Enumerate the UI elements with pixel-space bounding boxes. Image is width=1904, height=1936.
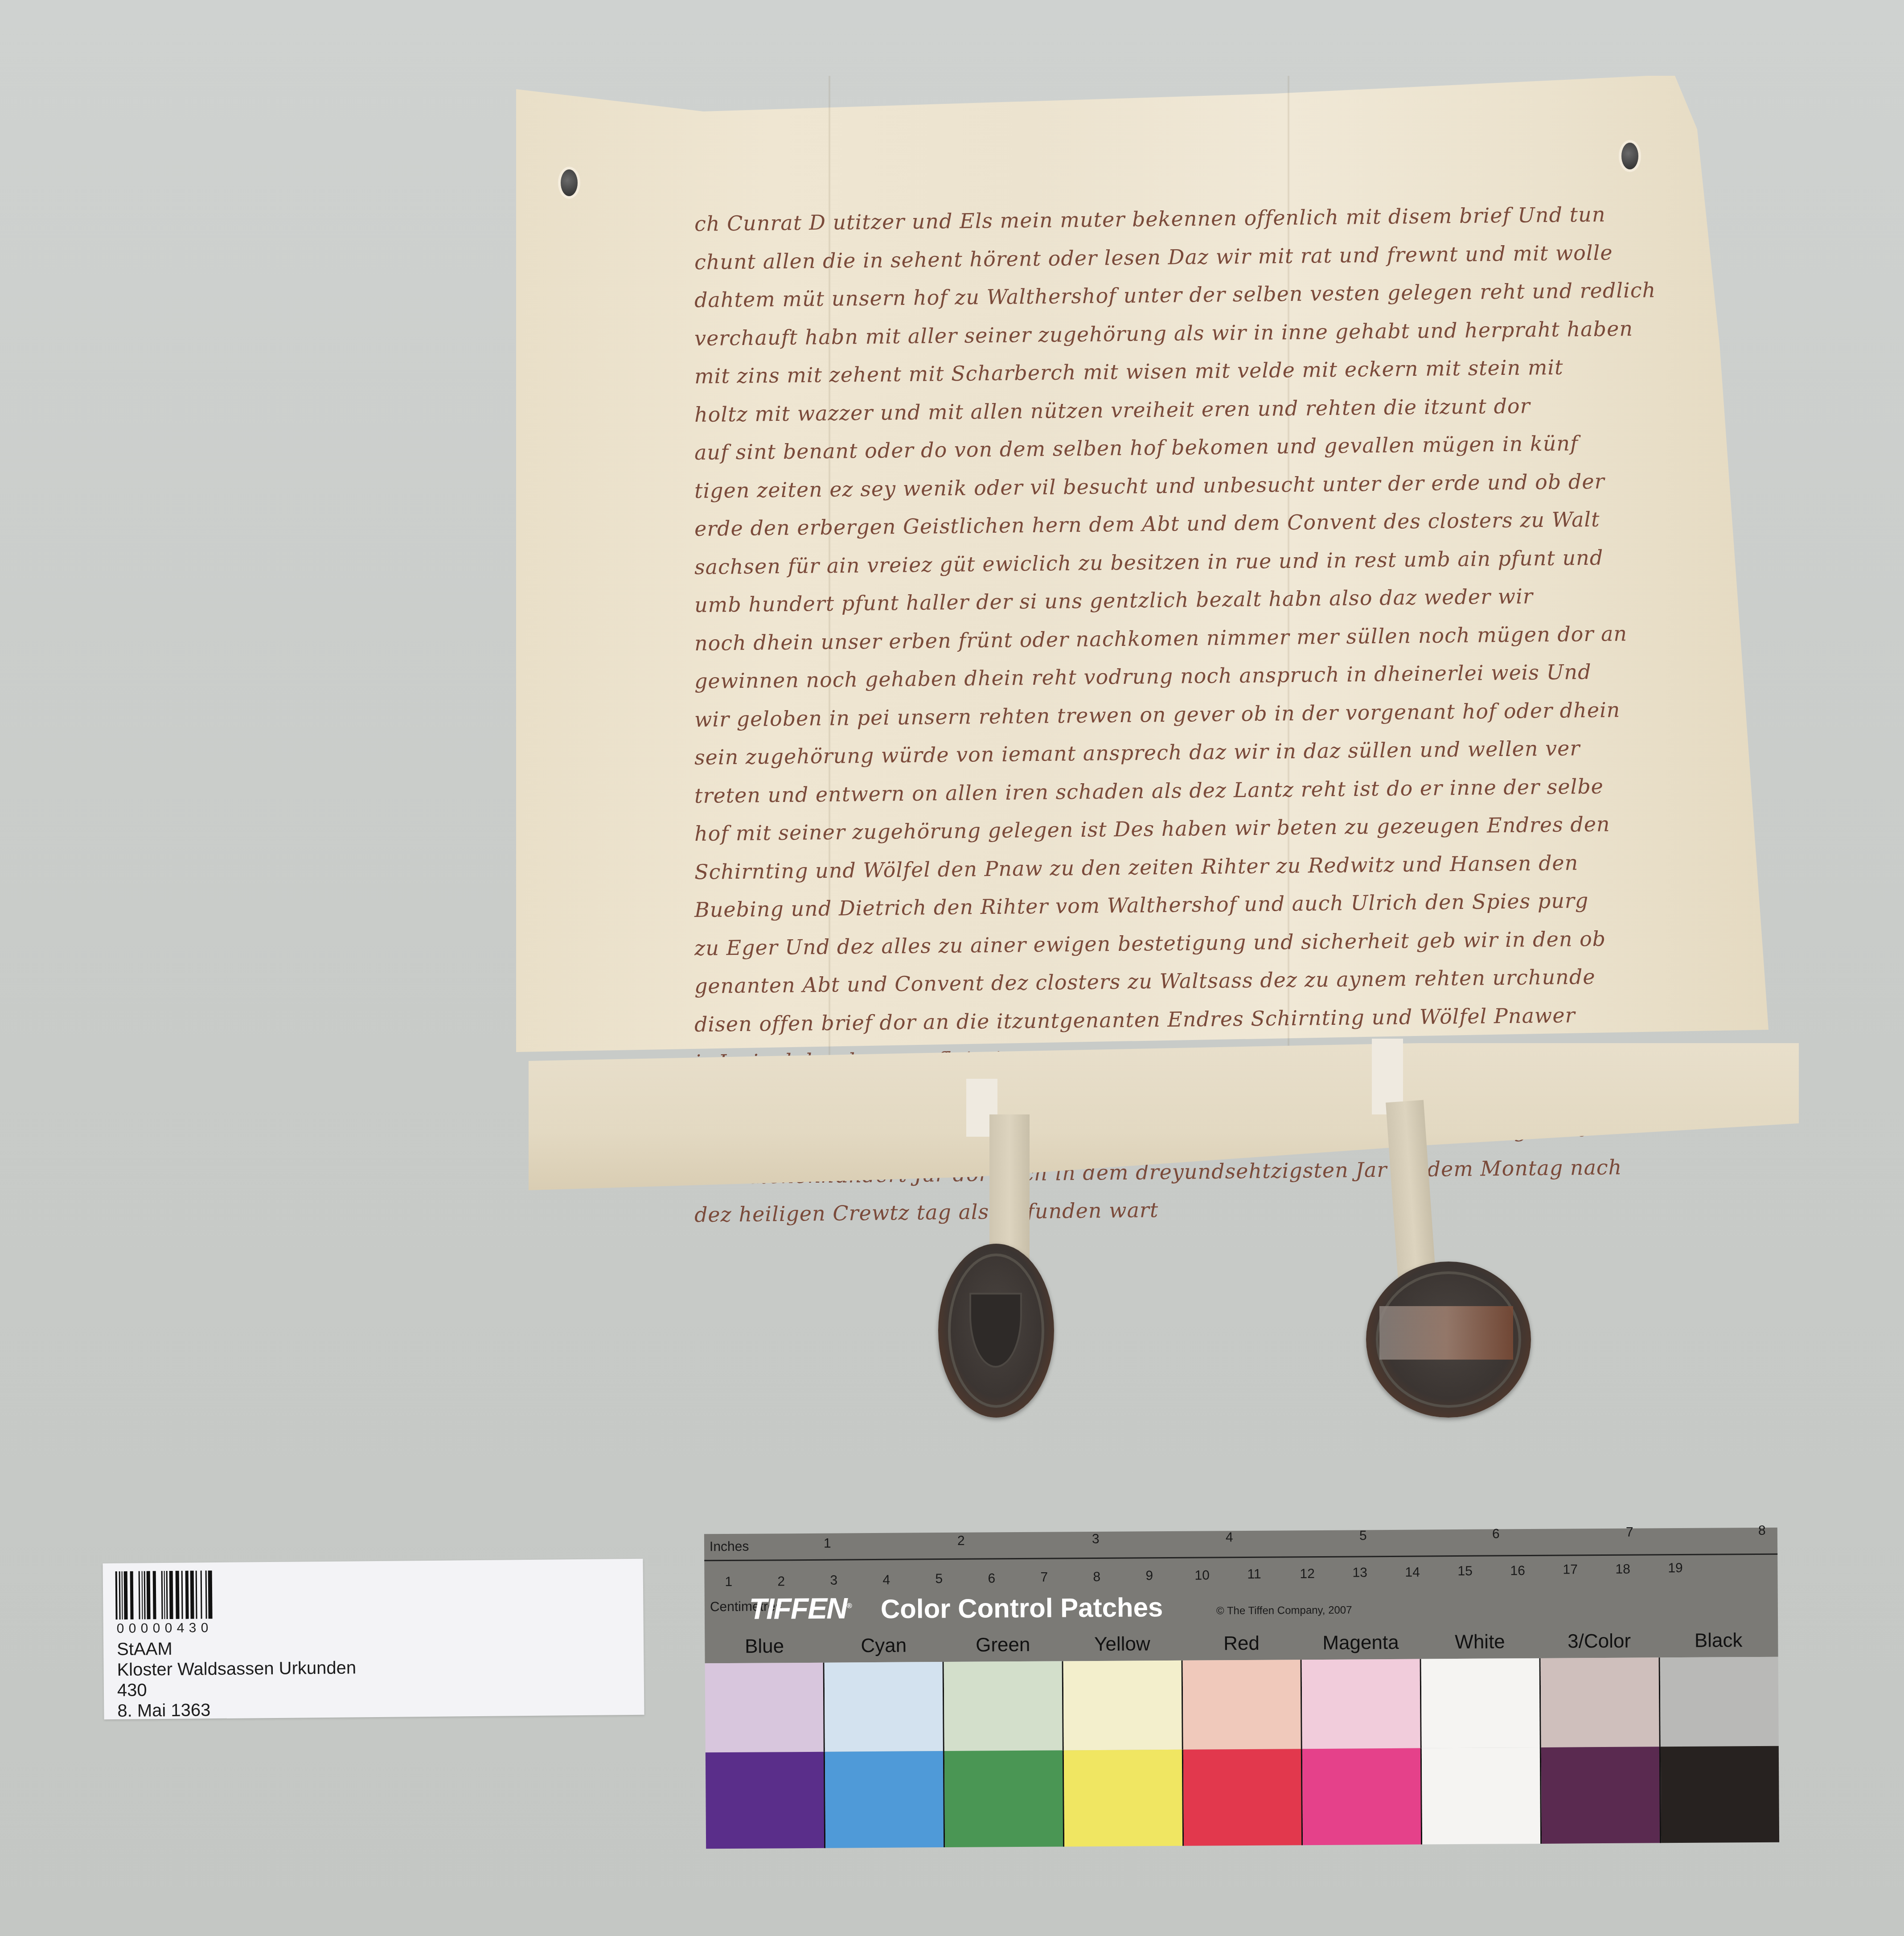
label-text: StAAM Kloster Waldsassen Urkunden 430 8.…: [117, 1637, 357, 1721]
patch-3color-dark: [1541, 1747, 1661, 1844]
inch-mark: 4: [1226, 1530, 1233, 1545]
patch-white-light: [1421, 1658, 1541, 1748]
barcode-digit: 0: [117, 1621, 129, 1636]
patch-white-dark: [1422, 1747, 1542, 1845]
collection-name: Kloster Waldsassen Urkunden: [117, 1657, 356, 1680]
inch-mark: 2: [957, 1533, 965, 1549]
barcode: [115, 1570, 213, 1619]
cm-mark: 15: [1457, 1564, 1473, 1579]
cm-mark: 17: [1563, 1562, 1578, 1577]
color-control-chart: Inches 1 2 3 4 5 6 7 8 1 2 3 4 5 6 7 8 9…: [704, 1528, 1779, 1849]
cm-ruler: 1 2 3 4 5 6 7 8 9 10 11 12 13 14 15 16 1…: [704, 1555, 1777, 1593]
inches-label: Inches: [710, 1539, 749, 1555]
light-patches: [705, 1657, 1779, 1753]
patch-green-light: [944, 1661, 1063, 1751]
cm-mark: 19: [1668, 1561, 1683, 1576]
barcode-digit: 0: [129, 1621, 141, 1636]
patch-magenta-light: [1302, 1659, 1422, 1749]
barcode-digit: 0: [201, 1620, 213, 1636]
left-seal: [938, 1244, 1054, 1418]
patch-label-black: Black: [1659, 1629, 1778, 1652]
patch-3color-light: [1541, 1657, 1661, 1747]
inch-mark: 3: [1092, 1532, 1100, 1547]
patch-label-magenta: Magenta: [1301, 1632, 1420, 1655]
chart-title: Color Control Patches: [881, 1592, 1163, 1624]
cm-mark: 5: [935, 1571, 943, 1587]
punch-hole-right: [1621, 143, 1638, 169]
seal-damaged-area: [1379, 1306, 1513, 1360]
inch-mark: 5: [1359, 1528, 1367, 1543]
patch-label-3color: 3/Color: [1539, 1630, 1659, 1653]
charter-parchment: ch Cunrat D utitzer und Els mein muter b…: [516, 76, 1800, 1119]
barcode-digit: 0: [153, 1621, 165, 1636]
patch-label-red: Red: [1182, 1632, 1301, 1655]
cm-mark: 9: [1145, 1568, 1153, 1583]
barcode-digit: 0: [141, 1621, 153, 1636]
patch-black-light: [1660, 1657, 1779, 1747]
copyright: © The Tiffen Company, 2007: [1216, 1604, 1352, 1617]
patch-black-dark: [1661, 1746, 1779, 1843]
inch-mark: 6: [1492, 1526, 1500, 1541]
cm-mark: 10: [1194, 1568, 1210, 1583]
patch-yellow-dark: [1064, 1750, 1184, 1847]
tiffen-logo: TIFFEN®: [749, 1591, 851, 1625]
patch-label-yellow: Yellow: [1063, 1633, 1182, 1656]
barcode-digit: 3: [189, 1620, 201, 1636]
document-date: 8. Mai 1363: [117, 1698, 357, 1721]
punch-hole-left: [561, 169, 578, 196]
cm-mark: 3: [830, 1573, 837, 1588]
right-seal: [1366, 1262, 1531, 1418]
chart-header: Inches 1 2 3 4 5 6 7 8 1 2 3 4 5 6 7 8 9…: [704, 1528, 1778, 1664]
patch-yellow-light: [1063, 1661, 1183, 1751]
patch-red-dark: [1183, 1749, 1303, 1846]
cm-mark: 16: [1510, 1563, 1525, 1578]
inch-mark: 8: [1758, 1523, 1766, 1538]
patch-labels: Blue Cyan Green Yellow Red Magenta White…: [705, 1629, 1778, 1658]
barcode-digit: 4: [177, 1621, 189, 1636]
cm-mark: 1: [725, 1574, 732, 1590]
patch-blue-dark: [706, 1752, 825, 1849]
patch-label-blue: Blue: [705, 1635, 824, 1658]
patch-magenta-dark: [1302, 1748, 1422, 1846]
patch-blue-light: [705, 1663, 825, 1753]
inch-mark: 7: [1626, 1525, 1633, 1540]
cm-mark: 13: [1352, 1565, 1367, 1580]
patch-label-cyan: Cyan: [824, 1634, 944, 1657]
cm-mark: 6: [988, 1571, 995, 1586]
barcode-digit: 0: [165, 1621, 177, 1636]
cm-mark: 8: [1093, 1570, 1100, 1585]
brand-name: TIFFEN: [749, 1591, 847, 1625]
patch-green-dark: [944, 1750, 1064, 1847]
document-number: 430: [117, 1678, 357, 1701]
inch-mark: 1: [824, 1536, 831, 1551]
archive-label: 0 0 0 0 0 4 3 0 StAAM Kloster Waldsassen…: [103, 1559, 644, 1720]
patch-red-light: [1182, 1660, 1302, 1750]
patch-cyan-light: [825, 1662, 944, 1752]
cm-mark: 12: [1300, 1566, 1315, 1582]
registered-mark: ®: [847, 1602, 851, 1610]
cm-mark: 11: [1247, 1567, 1261, 1582]
cm-mark: 4: [882, 1573, 890, 1588]
cm-mark: 18: [1615, 1562, 1630, 1577]
cm-mark: 7: [1040, 1570, 1048, 1585]
cm-mark: 2: [777, 1574, 785, 1589]
patch-label-white: White: [1420, 1631, 1540, 1654]
dark-patches: [706, 1746, 1779, 1849]
cm-mark: 14: [1405, 1565, 1420, 1580]
patch-cyan-dark: [825, 1751, 945, 1848]
patch-label-green: Green: [943, 1633, 1063, 1656]
archive-name: StAAM: [117, 1637, 356, 1660]
barcode-number: 0 0 0 0 0 4 3 0: [117, 1620, 213, 1636]
